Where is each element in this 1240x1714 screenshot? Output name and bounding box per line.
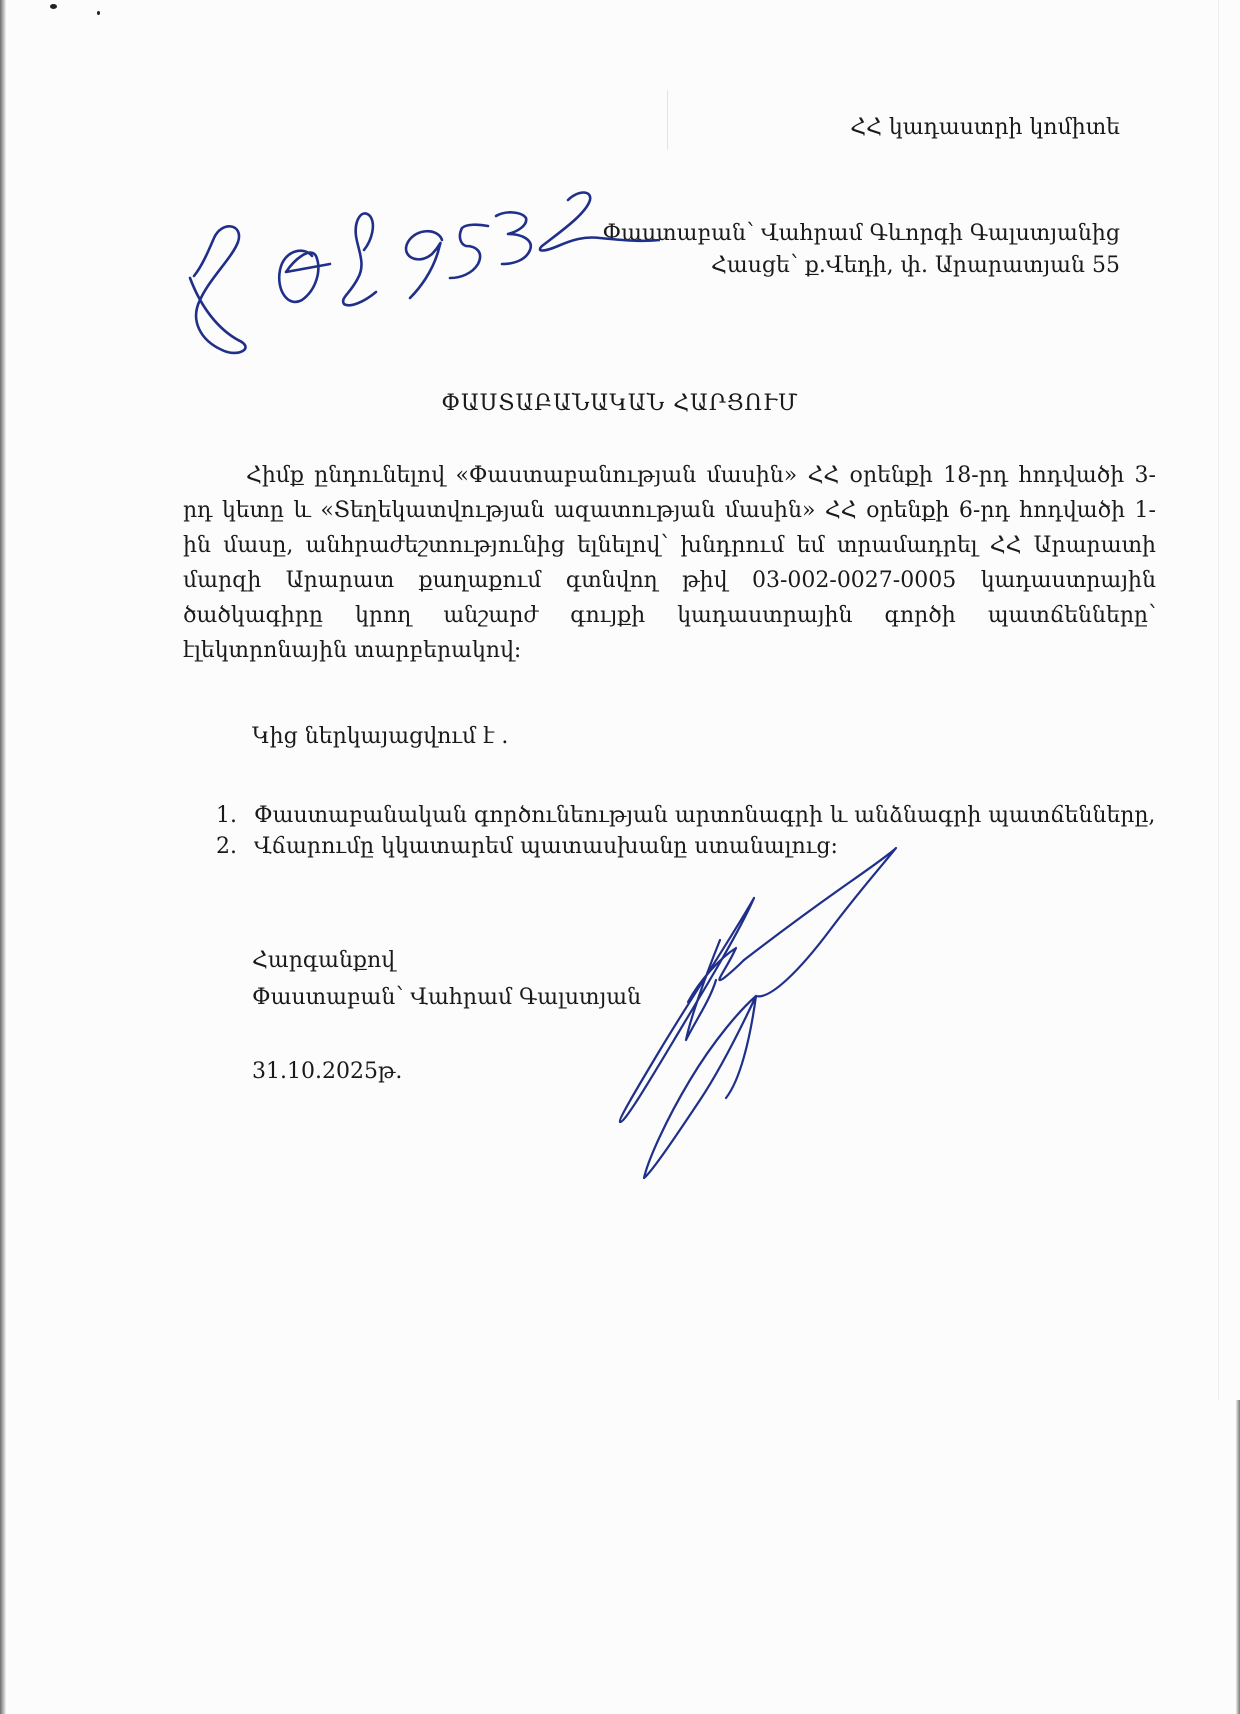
document-date: 31.10.2025թ.	[252, 1057, 402, 1087]
attachments-label: Կից ներկայացվում է .	[252, 722, 508, 752]
body-paragraph: Հիմք ընդունելով «Փաստաբանության մասին» Հ…	[183, 458, 1156, 668]
list-item-text: Վճարումը կկատարեմ պատասխանը ստանալուց:	[254, 834, 838, 859]
addressee: ՀՀ կադաստրի կոմիտե	[850, 113, 1120, 143]
sender-name: Փաստաբան՝ Վահրամ Գևորգի Գալստյանից	[603, 219, 1120, 249]
list-item-text: Փաստաբանական գործունեության արտոնագրի և …	[254, 803, 1155, 828]
closing-salutation: Հարգանքով	[252, 946, 395, 976]
attachments-list: 1.Փաստաբանական գործունեության արտոնագրի …	[216, 800, 1155, 862]
scan-speck	[50, 4, 57, 9]
signer-name: Փաստաբան՝ Վահրամ Գալստյան	[252, 983, 641, 1013]
handwritten-registration-number	[180, 180, 660, 360]
scan-artifact-line	[667, 90, 668, 150]
scan-artifact-line	[1218, 0, 1219, 1400]
scan-edge-left	[0, 0, 6, 1714]
list-item: 1.Փաստաբանական գործունեության արտոնագրի …	[216, 800, 1155, 831]
document-title: ՓԱՍՏԱԲԱՆԱԿԱՆ ՀԱՐՑՈՒՄ	[0, 389, 1240, 419]
handwritten-signature	[600, 830, 920, 1180]
document-page: ՀՀ կադաստրի կոմիտե Փաստաբան՝ Վահրամ Գևոր…	[0, 0, 1240, 1714]
list-item: 2.Վճարումը կկատարեմ պատասխանը ստանալուց:	[216, 831, 1155, 862]
scan-speck	[97, 11, 100, 15]
sender-address: Հասցե՝ ք.Վեդի, փ. Արարատյան 55	[711, 251, 1120, 281]
list-item-number: 2.	[216, 831, 254, 862]
scan-edge-right	[1236, 1400, 1240, 1714]
list-item-number: 1.	[216, 800, 254, 831]
